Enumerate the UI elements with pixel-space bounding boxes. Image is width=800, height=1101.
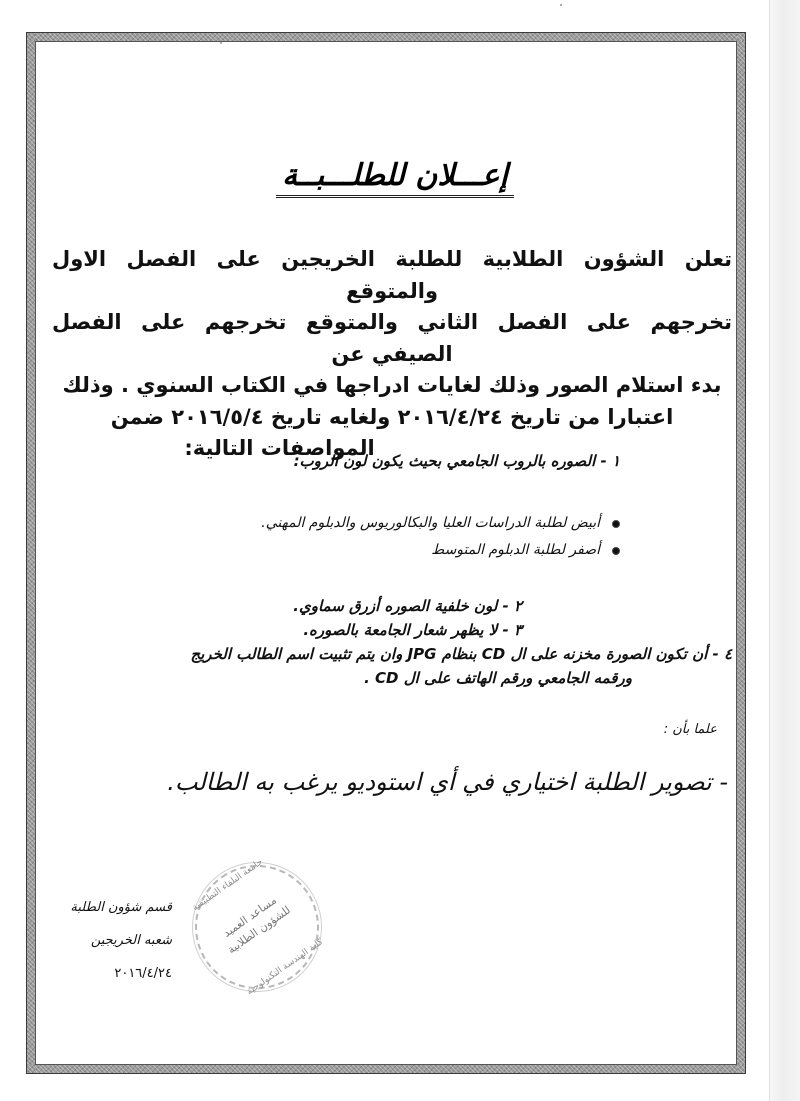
bullet-item-yellow: أصفر لطلبة الدبلوم المتوسط bbox=[261, 537, 622, 564]
signature-section: شعبه الخريجين bbox=[62, 931, 172, 951]
robe-color-list: أبيض لطلبة الدراسات العليا والبكالوريوس … bbox=[261, 510, 622, 564]
spec-item-4: ٤ - أن تكون الصورة مخزنه على ال CD بنظام… bbox=[42, 642, 732, 666]
signature-block: قسم شؤون الطلبة شعبه الخريجين ٢٠١٦/٤/٢٤ bbox=[62, 898, 172, 997]
spec-item-1: ١ - الصوره بالروب الجامعي بحيث يكون لون … bbox=[294, 452, 620, 470]
bullet-item-white: أبيض لطلبة الدراسات العليا والبكالوريوس … bbox=[261, 510, 622, 537]
note-text: - تصوير الطلبة اختياري في أي استوديو يرغ… bbox=[167, 768, 728, 796]
intro-line: تخرجهم على الفصل الثاني والمتوقع تخرجهم … bbox=[52, 307, 732, 370]
title-text: إعـــلان للطلـــبــة bbox=[276, 158, 514, 198]
intro-paragraph: تعلن الشؤون الطلابية للطلبة الخريجين على… bbox=[52, 244, 732, 465]
intro-line: تعلن الشؤون الطلابية للطلبة الخريجين على… bbox=[52, 244, 732, 307]
spec-items-2-4: ٢ - لون خلفية الصوره أزرق سماوي. ٣ - لا … bbox=[42, 594, 732, 690]
scan-page-edge bbox=[769, 0, 800, 1101]
scan-speck bbox=[560, 4, 562, 6]
scan-speck bbox=[220, 42, 222, 44]
intro-line: بدء استلام الصور وذلك لغايات ادراجها في … bbox=[52, 370, 732, 402]
intro-line: اعتبارا من تاريخ ٢٠١٦/٤/٢٤ ولغايه تاريخ … bbox=[52, 402, 732, 434]
spec-item-4-continued: ورقمه الجامعي ورقم الهاتف على ال CD . bbox=[42, 666, 732, 690]
signature-date: ٢٠١٦/٤/٢٤ bbox=[62, 964, 172, 984]
signature-department: قسم شؤون الطلبة bbox=[62, 898, 172, 918]
spec-item-3: ٣ - لا يظهر شعار الجامعة بالصوره. bbox=[42, 618, 732, 642]
spec-item-2: ٢ - لون خلفية الصوره أزرق سماوي. bbox=[42, 594, 732, 618]
document-title: إعـــلان للطلـــبــة bbox=[230, 158, 560, 198]
note-label: علما بأن : bbox=[664, 722, 717, 737]
